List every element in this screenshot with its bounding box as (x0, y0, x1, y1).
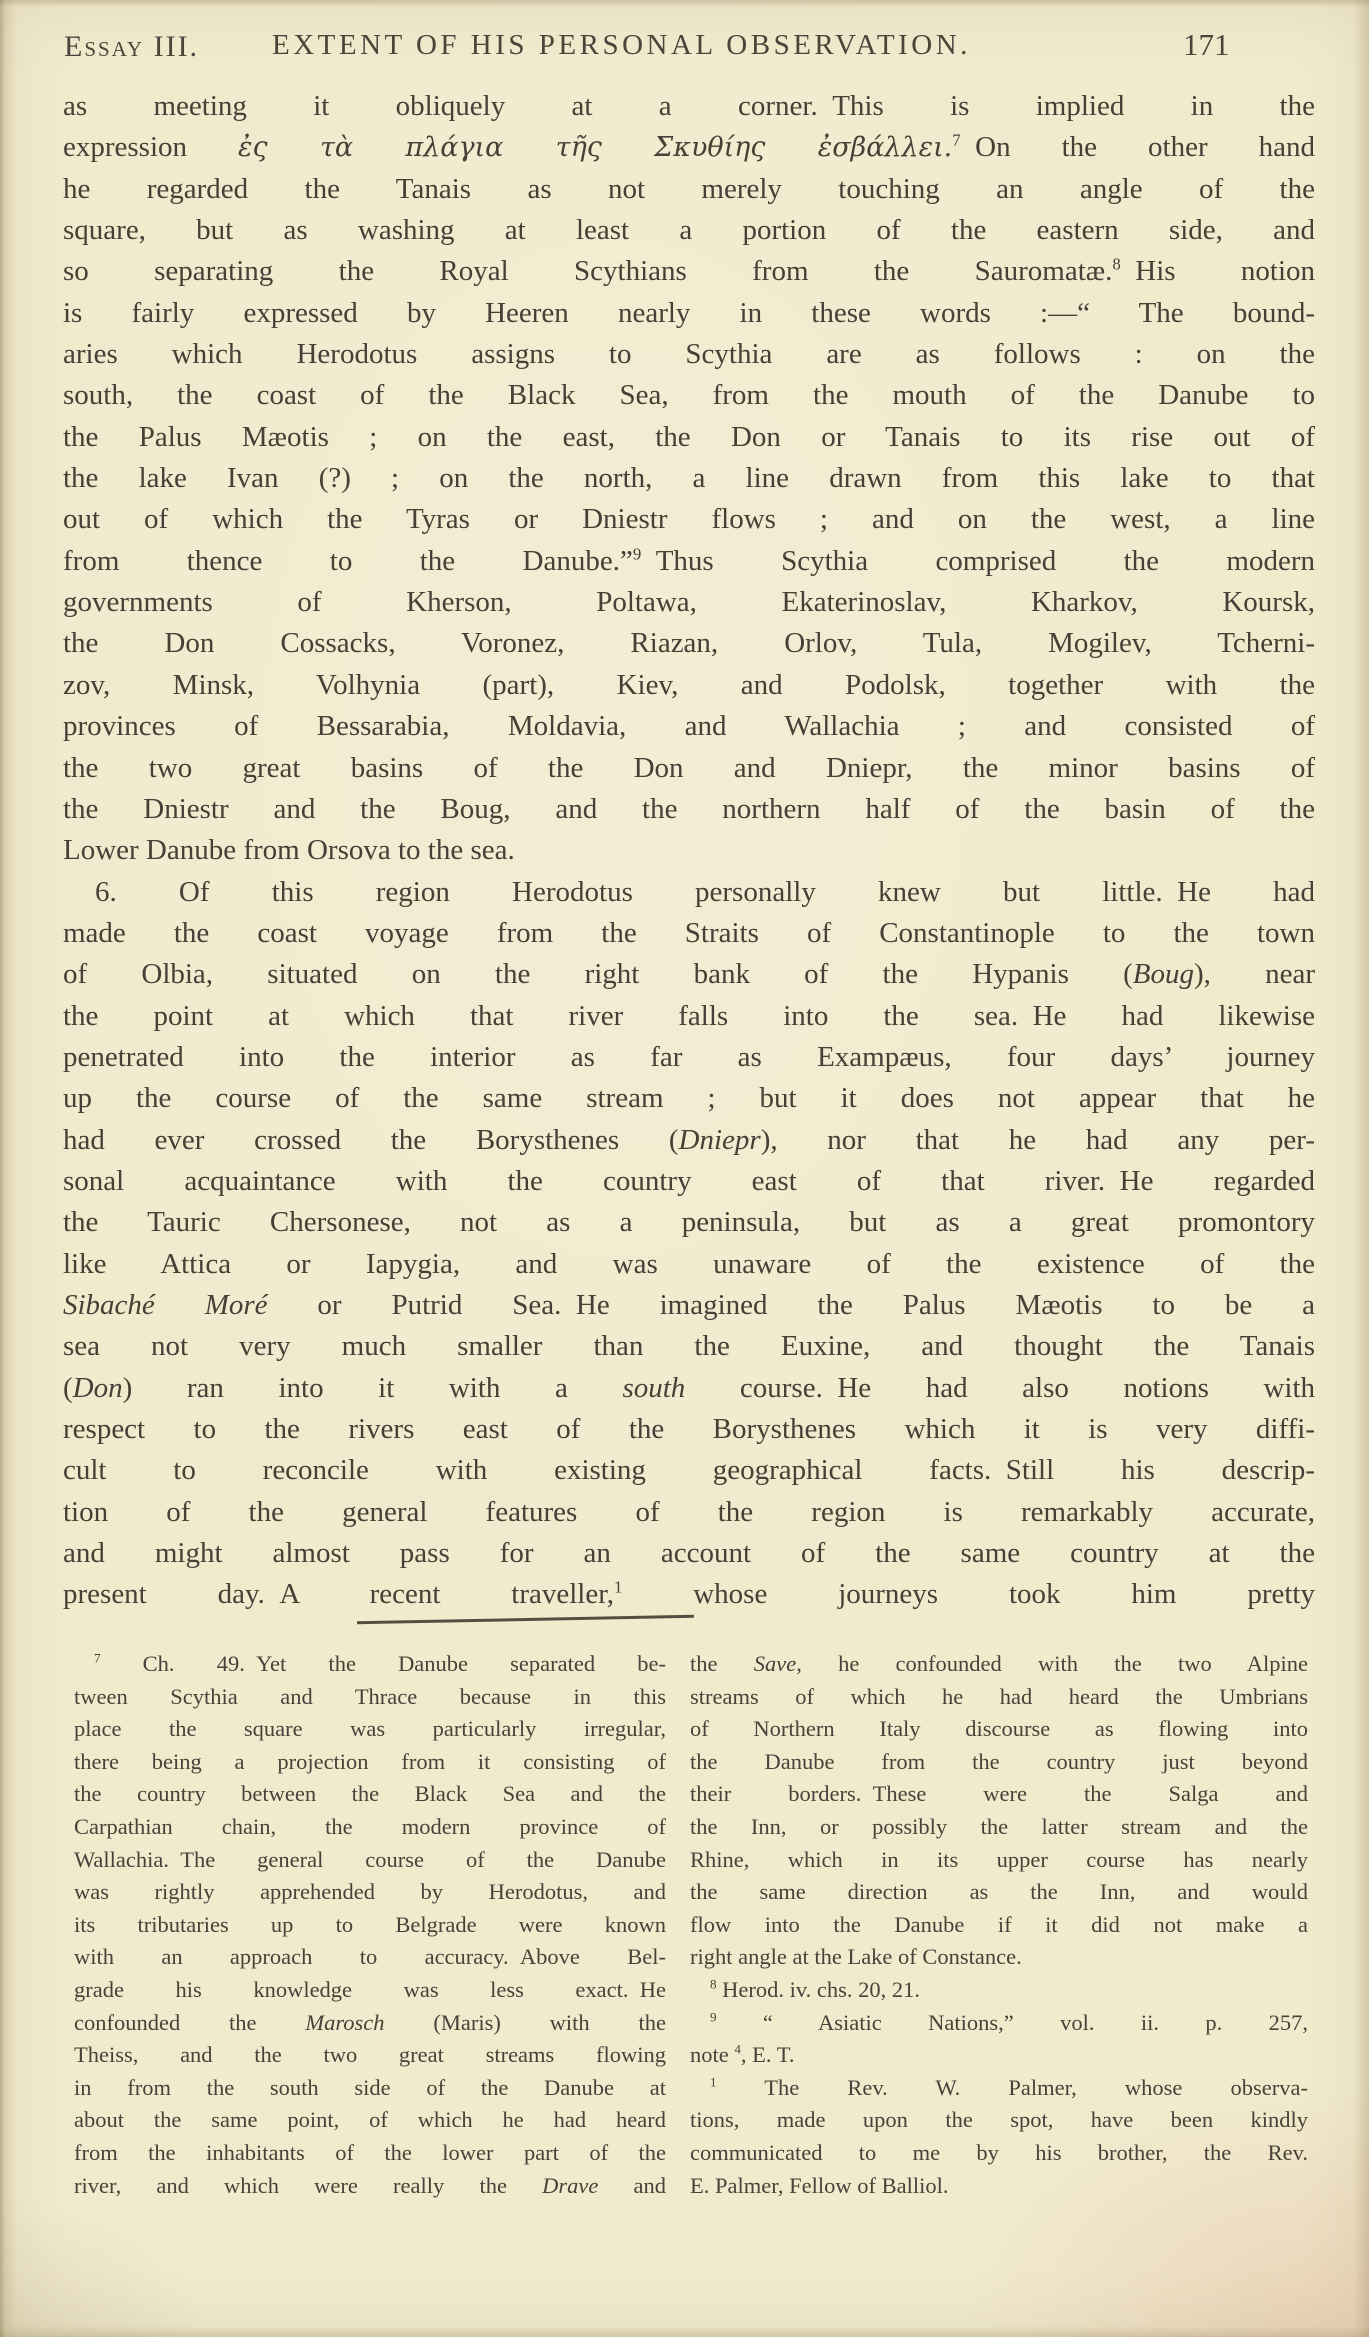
footnote-column-left: 7 Ch. 49. Yet the Danube separated be-tw… (74, 1648, 666, 2202)
footnote-reference: 7 (952, 131, 960, 150)
text-line: E. Palmer, Fellow of Balliol. (690, 2170, 1308, 2203)
text-line: Theiss, and the two great streams flowin… (74, 2039, 666, 2072)
footnote-reference: 9 (633, 544, 641, 563)
text-line: aries which Herodotus assigns to Scythia… (63, 334, 1315, 375)
text-line: Wallachia. The general course of the Dan… (74, 1844, 666, 1877)
footnote-reference: 8 (710, 1976, 717, 1991)
text-line: from thence to the Danube.”9 Thus Scythi… (63, 541, 1315, 582)
text-line: sea not very much smaller than the Euxin… (63, 1326, 1315, 1367)
footnote-reference: 7 (94, 1651, 101, 1666)
text-line: sonal acquaintance with the country east… (63, 1161, 1315, 1202)
text-line: had ever crossed the Borysthenes (Dniepr… (63, 1120, 1315, 1161)
scanned-book-page: Essay III. EXTENT OF HIS PERSONAL OBSERV… (0, 0, 1369, 2337)
text-line: tion of the general features of the regi… (63, 1492, 1315, 1533)
text-line: Rhine, which in its upper course has nea… (690, 1844, 1308, 1877)
text-line: note 4, E. T. (690, 2039, 1308, 2072)
text-line: the Dniestr and the Boug, and the northe… (63, 789, 1315, 830)
text-line: the point at which that river falls into… (63, 996, 1315, 1037)
text-line: the Save, he confounded with the two Alp… (690, 1648, 1308, 1681)
text-line: the country between the Black Sea and th… (74, 1778, 666, 1811)
text-line: so separating the Royal Scythians from t… (63, 251, 1315, 292)
text-line: of Northern Italy discourse as flowing i… (690, 1713, 1308, 1746)
text-line: respect to the rivers east of the Boryst… (63, 1409, 1315, 1450)
text-line: of Olbia, situated on the right bank of … (63, 954, 1315, 995)
text-line: the Tauric Chersonese, not as a peninsul… (63, 1202, 1315, 1243)
text-line: about the same point, of which he had he… (74, 2104, 666, 2137)
italic-text: Sibaché Moré (63, 1289, 268, 1321)
essay-label: Essay III. (64, 30, 199, 64)
text-line: there being a projection from it consist… (74, 1746, 666, 1779)
text-line: its tributaries up to Belgrade were know… (74, 1909, 666, 1942)
text-line: right angle at the Lake of Constance. (690, 1941, 1308, 1974)
text-line: (Don) ran into it with a south course. H… (63, 1368, 1315, 1409)
text-line: streams of which he had heard the Umbria… (690, 1681, 1308, 1714)
text-line: the Danube from the country just beyond (690, 1746, 1308, 1779)
text-line: flow into the Danube if it did not make … (690, 1909, 1308, 1942)
text-line: in from the south side of the Danube at (74, 2072, 666, 2105)
italic-text: Drave (542, 2173, 598, 2198)
text-line: 8 Herod. iv. chs. 20, 21. (690, 1974, 1308, 2007)
footnotes: 7 Ch. 49. Yet the Danube separated be-tw… (74, 1648, 1308, 2202)
text-line: communicated to me by his brother, the R… (690, 2137, 1308, 2170)
text-line: 6. Of this region Herodotus personally k… (63, 872, 1315, 913)
text-line: place the square was particularly irregu… (74, 1713, 666, 1746)
text-line: present day. A recent traveller,1 whose … (63, 1574, 1315, 1615)
text-line: governments of Kherson, Poltawa, Ekateri… (63, 582, 1315, 623)
greek-phrase: ἐς τὰ πλάγια τῆς Σκυθίης ἐσβάλλει. (238, 132, 952, 163)
footnote-column-right: the Save, he confounded with the two Alp… (690, 1648, 1308, 2202)
running-header: Essay III. EXTENT OF HIS PERSONAL OBSERV… (0, 0, 1369, 80)
footnote-reference: 8 (1112, 255, 1120, 274)
footnote-reference: 1 (710, 2074, 717, 2089)
text-line: tween Scythia and Thrace because in this (74, 1681, 666, 1714)
text-line: 9 “ Asiatic Nations,” vol. ii. p. 257, (690, 2007, 1308, 2040)
text-line: cult to reconcile with existing geograph… (63, 1450, 1315, 1491)
footnote-reference: 1 (614, 1578, 622, 1597)
text-line: out of which the Tyras or Dniestr flows … (63, 499, 1315, 540)
body-text: as meeting it obliquely at a corner. Thi… (63, 86, 1315, 1616)
text-line: Lower Danube from Orsova to the sea. (63, 830, 1315, 871)
text-line: he regarded the Tanais as not merely tou… (63, 169, 1315, 210)
text-line: the Don Cossacks, Voronez, Riazan, Orlov… (63, 623, 1315, 664)
text-line: and might almost pass for an account of … (63, 1533, 1315, 1574)
text-line: provinces of Bessarabia, Moldavia, and W… (63, 706, 1315, 747)
text-line: the same direction as the Inn, and would (690, 1876, 1308, 1909)
text-line: tions, made upon the spot, have been kin… (690, 2104, 1308, 2137)
text-line: the lake Ivan (?) ; on the north, a line… (63, 458, 1315, 499)
text-line: made the coast voyage from the Straits o… (63, 913, 1315, 954)
text-line: like Attica or Iapygia, and was unaware … (63, 1244, 1315, 1285)
text-line: 7 Ch. 49. Yet the Danube separated be- (74, 1648, 666, 1681)
text-line: zov, Minsk, Volhynia (part), Kiev, and P… (63, 665, 1315, 706)
text-line: expression ἐς τὰ πλάγια τῆς Σκυθίης ἐσβά… (63, 127, 1315, 168)
text-line: the Palus Mæotis ; on the east, the Don … (63, 417, 1315, 458)
text-line: penetrated into the interior as far as E… (63, 1037, 1315, 1078)
page-number: 171 (1183, 27, 1230, 63)
footnote-reference: 4 (734, 2042, 741, 2057)
italic-text: Save (754, 1651, 796, 1676)
italic-text: Don (73, 1372, 123, 1404)
text-line: was rightly apprehended by Herodotus, an… (74, 1876, 666, 1909)
italic-text: south (622, 1372, 685, 1404)
italic-text: Boug (1133, 958, 1194, 990)
text-line: the Inn, or possibly the latter stream a… (690, 1811, 1308, 1844)
text-line: as meeting it obliquely at a corner. Thi… (63, 86, 1315, 127)
text-line: their borders. These were the Salga and (690, 1778, 1308, 1811)
footnote-separator-rule (357, 1615, 694, 1624)
chapter-title: EXTENT OF HIS PERSONAL OBSERVATION. (272, 29, 971, 62)
italic-text: Marosch (305, 2010, 384, 2035)
text-line: south, the coast of the Black Sea, from … (63, 375, 1315, 416)
text-line: Carpathian chain, the modern province of (74, 1811, 666, 1844)
italic-text: Dniepr (679, 1124, 761, 1156)
text-line: is fairly expressed by Heeren nearly in … (63, 293, 1315, 334)
text-line: square, but as washing at least a portio… (63, 210, 1315, 251)
text-line: confounded the Marosch (Maris) with the (74, 2007, 666, 2040)
footnote-reference: 9 (710, 2009, 717, 2024)
text-line: up the course of the same stream ; but i… (63, 1078, 1315, 1119)
text-line: grade his knowledge was less exact. He (74, 1974, 666, 2007)
text-line: river, and which were really the Drave a… (74, 2170, 666, 2203)
text-line: from the inhabitants of the lower part o… (74, 2137, 666, 2170)
text-line: the two great basins of the Don and Dnie… (63, 748, 1315, 789)
text-line: Sibaché Moré or Putrid Sea. He imagined … (63, 1285, 1315, 1326)
text-line: with an approach to accuracy. Above Bel- (74, 1941, 666, 1974)
text-line: 1 The Rev. W. Palmer, whose observa- (690, 2072, 1308, 2105)
